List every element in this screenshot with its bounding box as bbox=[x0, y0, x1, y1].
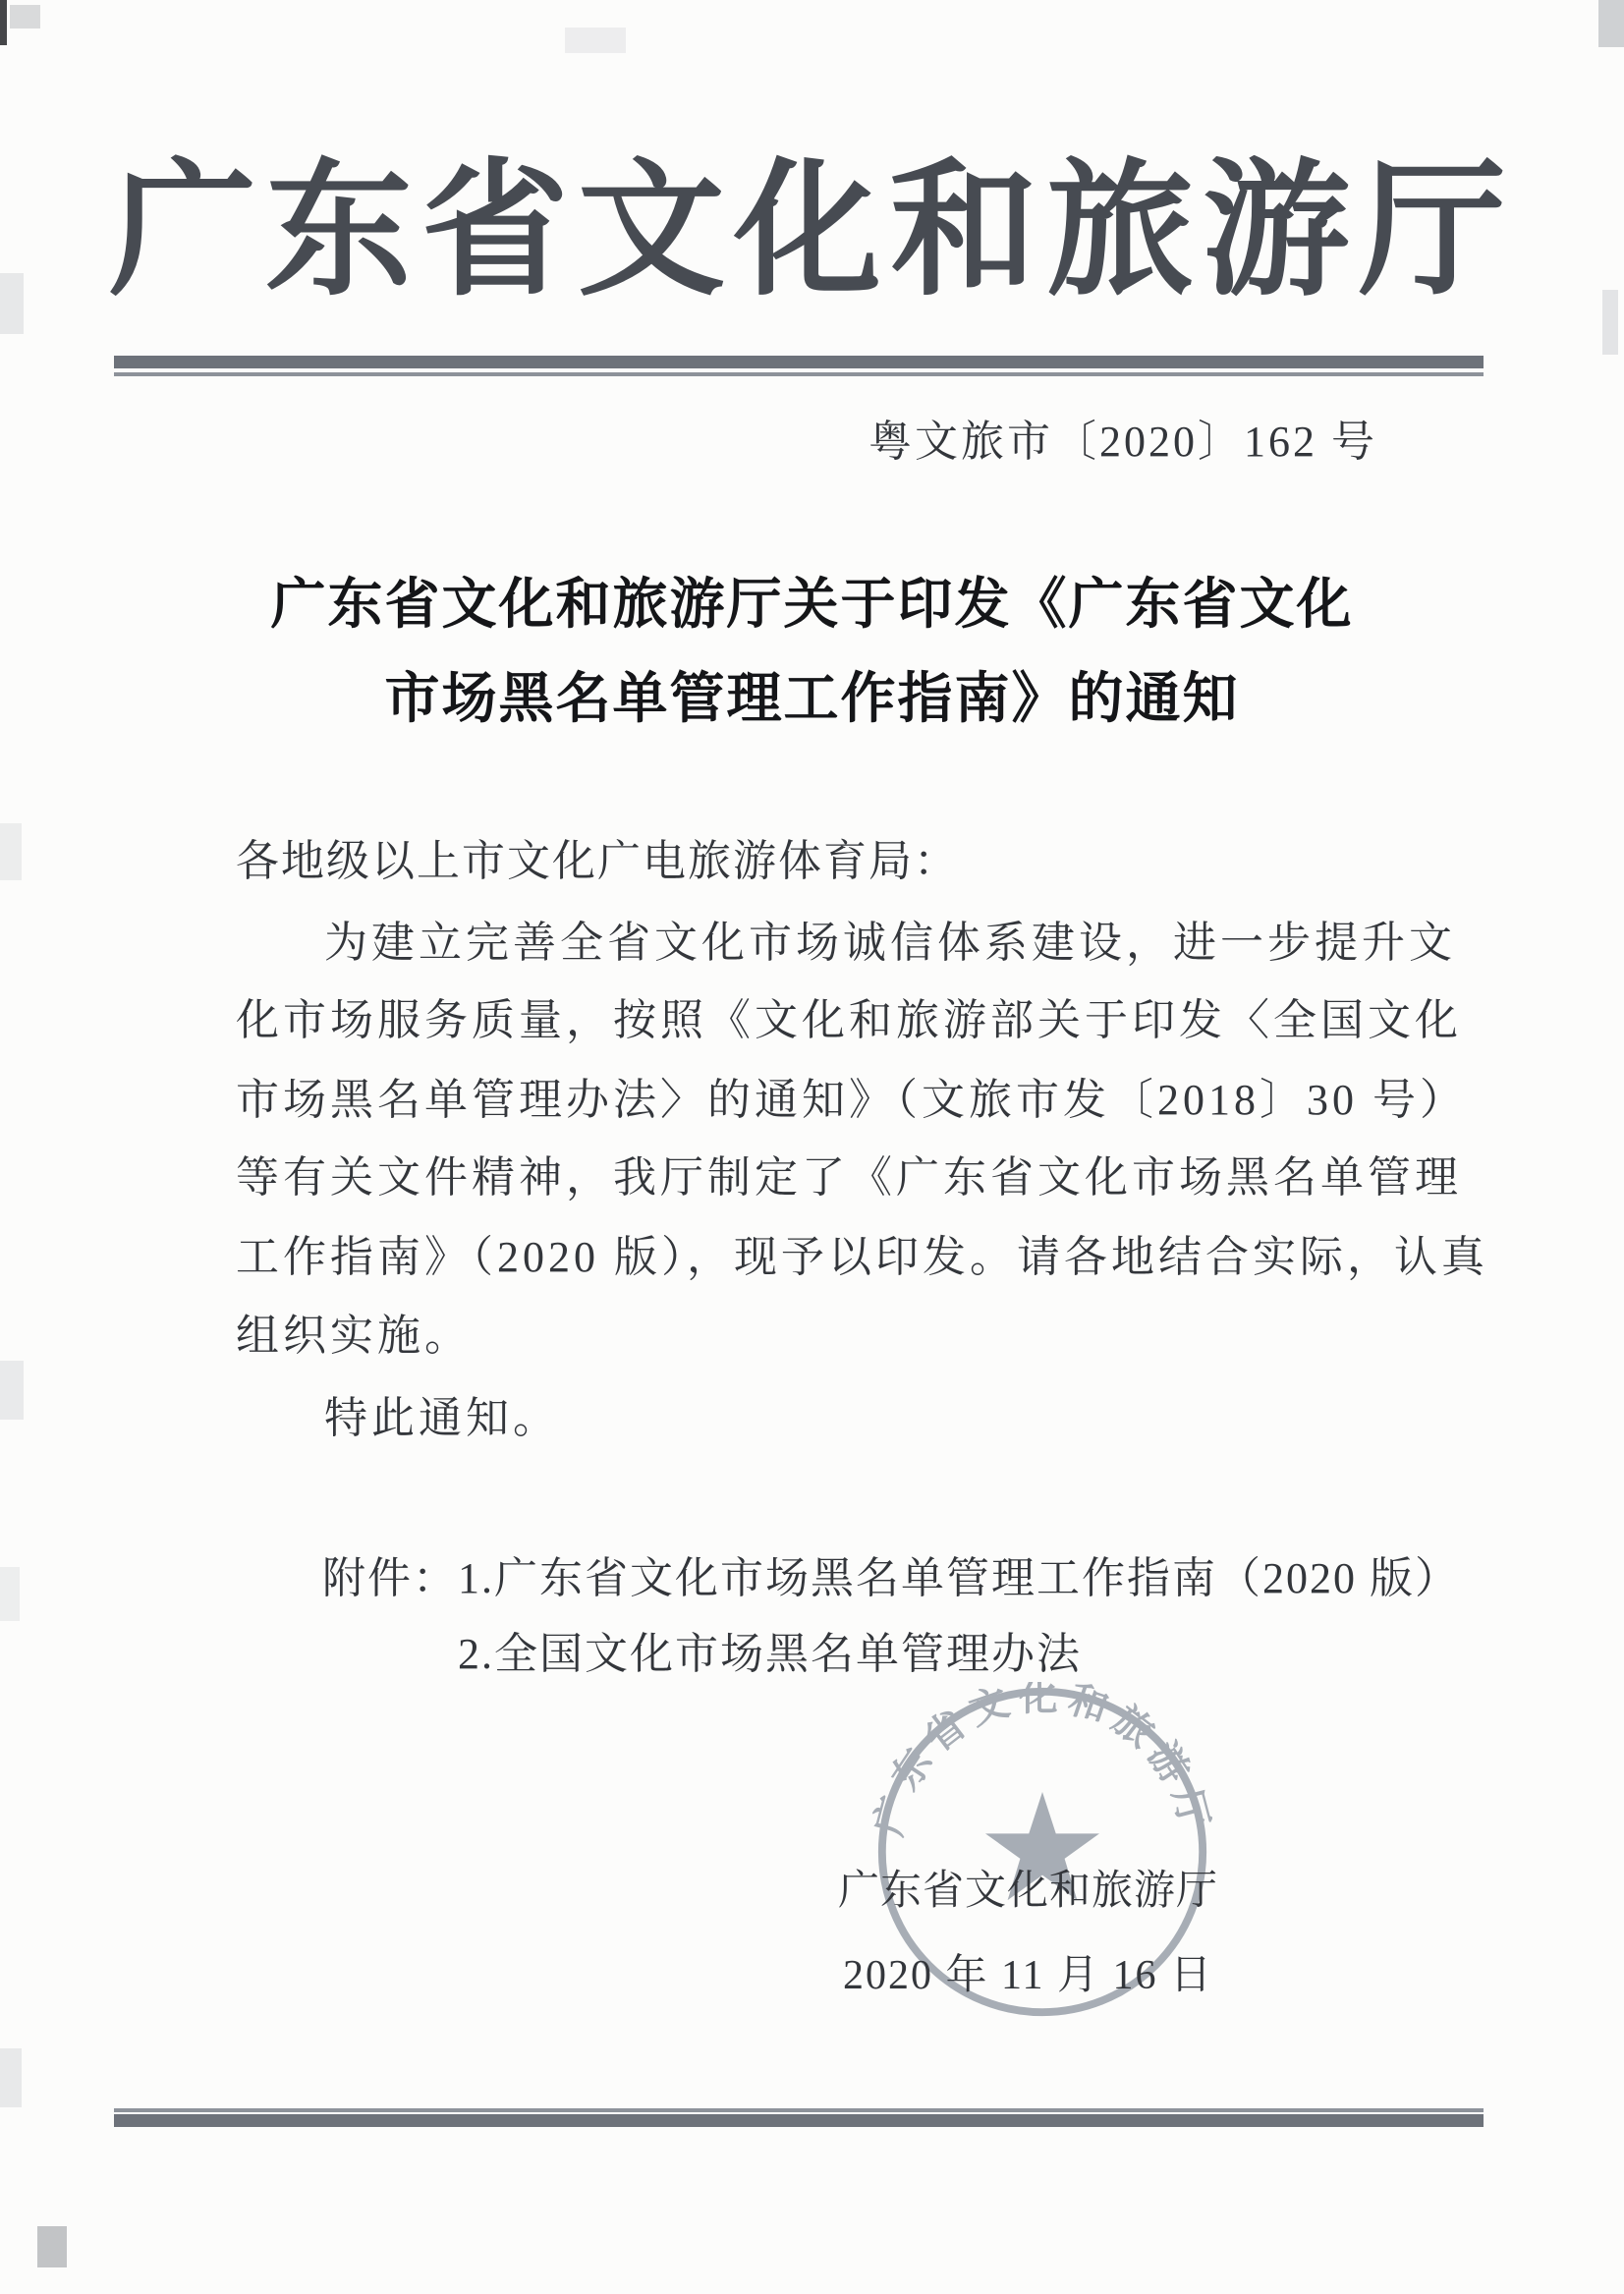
body-line: 化市场服务质量，按照《文化和旅游部关于印发〈全国文化 bbox=[236, 997, 1462, 1044]
scan-artifact bbox=[0, 0, 7, 45]
attachment-line-1: 附件：1.广东省文化市场黑名单管理工作指南（2020 版） bbox=[322, 1555, 1460, 1602]
closing-line: 特此通知。 bbox=[324, 1395, 560, 1442]
attachment-line-2: 2.全国文化市场黑名单管理办法 bbox=[458, 1631, 1082, 1678]
scan-artifact bbox=[565, 28, 626, 53]
issuer-signature: 广东省文化和旅游厅 bbox=[838, 1869, 1218, 1914]
letterhead-title: 广东省文化和旅游厅 bbox=[0, 147, 1624, 317]
body-line: 组织实施。 bbox=[236, 1313, 472, 1360]
scan-artifact bbox=[37, 2226, 67, 2267]
letterhead-rule-thin bbox=[114, 372, 1484, 376]
scan-artifact bbox=[0, 1567, 20, 1621]
body-line: 市场黑名单管理办法〉的通知》（文旅市发〔2018〕30 号） bbox=[236, 1077, 1467, 1124]
document-title-line1: 广东省文化和旅游厅关于印发《广东省文化 bbox=[0, 578, 1624, 633]
scan-artifact bbox=[10, 5, 40, 28]
scan-artifact bbox=[0, 823, 22, 880]
body-line: 为建立完善全省文化市场诚信体系建设，进一步提升文 bbox=[324, 920, 1456, 967]
scanned-official-notice-page: 广东省文化和旅游厅 粤文旅市〔2020〕162 号 广东省文化和旅游厅关于印发《… bbox=[0, 0, 1624, 2294]
body-line: 等有关文件精神，我厅制定了《广东省文化市场黑名单管理 bbox=[236, 1154, 1462, 1202]
letterhead-rule-thick bbox=[114, 356, 1484, 368]
footer-rule-thin bbox=[114, 2108, 1484, 2112]
issue-date: 2020 年 11 月 16 日 bbox=[843, 1953, 1213, 1998]
document-number: 粤文旅市〔2020〕162 号 bbox=[868, 417, 1377, 469]
scan-artifact bbox=[0, 1361, 24, 1420]
scan-artifact bbox=[1598, 0, 1624, 47]
scan-artifact bbox=[0, 2048, 22, 2107]
document-title-line2: 市场黑名单管理工作指南》的通知 bbox=[0, 672, 1624, 727]
body-line: 工作指南》（2020 版），现予以印发。请各地结合实际，认真 bbox=[236, 1234, 1488, 1281]
salutation: 各地级以上市文化广电旅游体育局： bbox=[236, 838, 959, 885]
footer-rule-thick bbox=[114, 2114, 1484, 2127]
